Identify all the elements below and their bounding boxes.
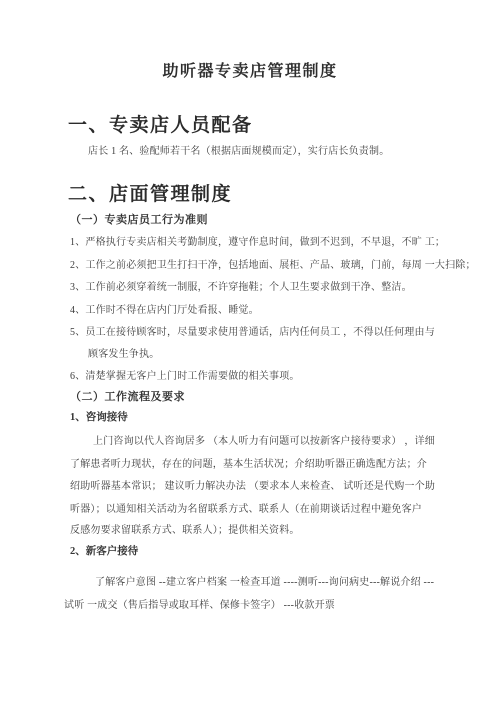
section1-body-line: 店长 1 名、验配师若干名（根据店面规模而定），实行店长负责制。 (88, 142, 389, 157)
workflow2-heading: 2、新客户接待 (70, 543, 138, 558)
workflow1-paragraph-line-3: 绍助听器基本常识； 建议听力解决办法 （要求本人来检查、 试听还是代购一个助 (70, 477, 435, 492)
workflow1-paragraph-line-1: 上门咨询以代人咨询居多 （本人听力有问题可以按新客户接待要求） ，详细 (93, 432, 435, 447)
rule-item-6: 6、清楚掌握无客户上门时工作需要做的相关事项。 (70, 367, 300, 382)
rule-item-3: 3、工作前必须穿着统一制服，不许穿拖鞋；个人卫生要求做到干净、整洁。 (70, 278, 412, 293)
section2-heading: 二、店面管理制度 (68, 179, 232, 206)
workflow1-paragraph-line-5: 反感勿要求留联系方式、联系人）；提供相关资料。 (70, 521, 300, 536)
rule-item-5-continuation: 顾客发生争执。 (88, 345, 159, 360)
rule-item-1: 1、严格执行专卖店相关考勤制度，遵守作息时间，做到不迟到，不早退，不旷 工； (70, 233, 445, 248)
workflow-subheading: （二）工作流程及要求 (70, 388, 185, 404)
document-page: 助听器专卖店管理制度 一、专卖店人员配备 店长 1 名、验配师若干名（根据店面规… (0, 0, 500, 708)
workflow2-flow-line-2: 试听 一成交（售后指导或取耳样、保修卡签字） ---收款开票 (64, 596, 335, 611)
rule-item-2: 2、工作之前必须把卫生打扫干净，包括地面、展柜、产品、玻璃，门前，每周 一大扫除… (70, 256, 476, 271)
rules-subheading: （一）专卖店员工行为准则 (70, 211, 208, 227)
section1-heading: 一、专卖店人员配备 (68, 110, 253, 137)
rule-item-4: 4、工作时不得在店内门厅处看报、睡觉。 (70, 301, 259, 316)
workflow2-flow-line-1: 了解客户意图 --建立客户档案 一检查耳道 ----测听---询问病史---解说… (95, 573, 434, 588)
workflow1-paragraph-line-2: 了解患者听力现状，存在的问题，基本生活状况；介绍助听器正确选配方法；介 (70, 455, 427, 470)
workflow1-paragraph-line-4: 听器）；以通知相关活动为名留联系方式、联系人（在前期谈话过程中避免客户 (70, 500, 422, 515)
rule-item-5: 5、员工在接待顾客时，尽量要求使用普通话，店内任何员工 ，不得以任何理由与 (70, 323, 435, 338)
document-title: 助听器专卖店管理制度 (0, 58, 500, 81)
workflow1-heading: 1、咨询接待 (70, 409, 128, 424)
